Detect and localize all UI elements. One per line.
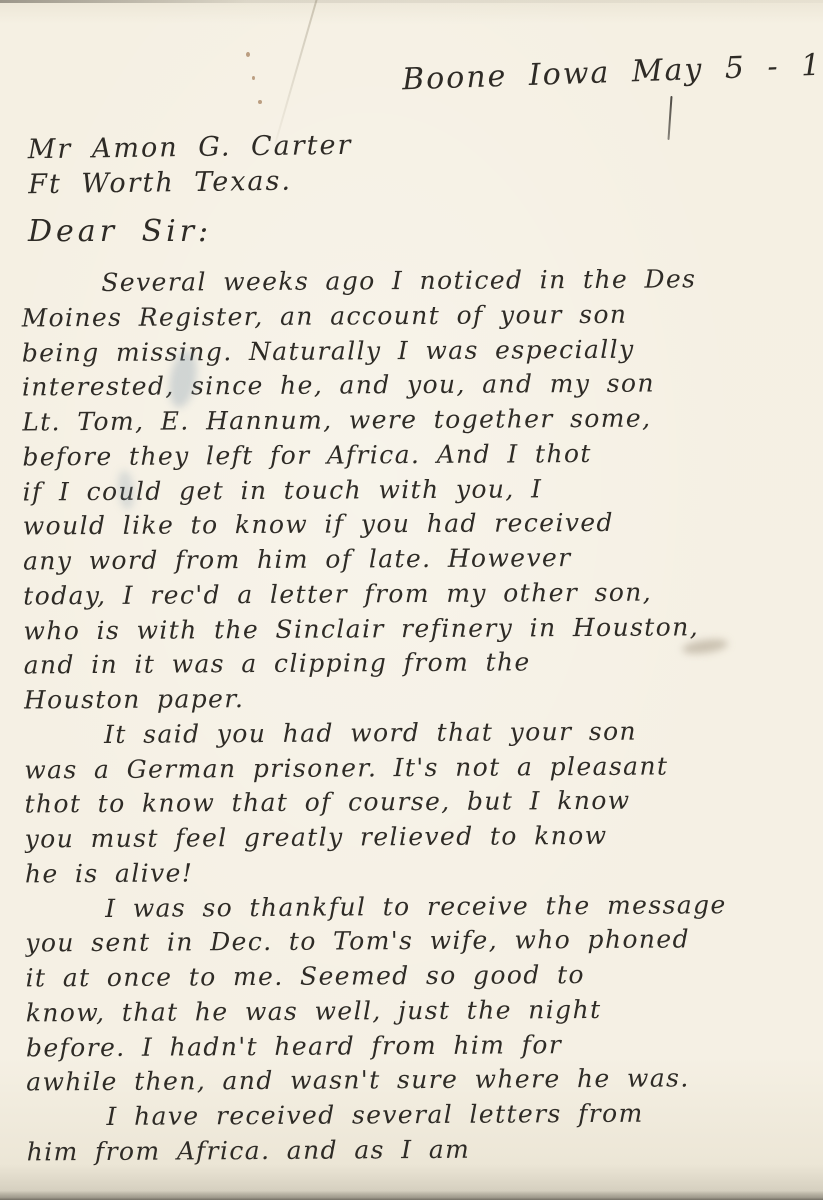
body-line: any word from him of late. However	[23, 542, 822, 582]
recipient-name: Mr Amon G. Carter	[28, 128, 353, 168]
paper-speck	[246, 52, 250, 57]
body-line: I have received several letters from	[26, 1098, 823, 1138]
body-line: he is alive!	[25, 854, 823, 894]
body-line: you must feel greatly relieved to know	[25, 820, 823, 860]
body-line: him from Africa. and as I am	[27, 1132, 823, 1172]
salutation: Dear Sir:	[28, 214, 212, 249]
body-line: if I could get in touch with you, I	[23, 472, 822, 512]
body-line: was a German prisoner. It's not a pleasa…	[24, 750, 823, 790]
scan-top-edge	[0, 0, 823, 3]
paper-crease	[274, 0, 320, 145]
paper-speck	[258, 100, 262, 104]
body-line: Lt. Tom, E. Hannum, were together some,	[22, 403, 821, 443]
scan-bottom-edge	[0, 1191, 823, 1200]
recipient-city: Ft Worth Texas.	[28, 163, 353, 203]
body-line: Houston paper.	[24, 681, 823, 721]
body-line: I was so thankful to receive the message	[25, 889, 823, 929]
dateline: Boone Iowa May 5 - 1943	[402, 46, 823, 98]
body-line: It said you had word that your son	[24, 715, 823, 755]
body-line: Moines Register, an account of your son	[21, 298, 820, 338]
recipient-address: Mr Amon G. Carter Ft Worth Texas.	[28, 128, 354, 203]
paper-speck	[252, 76, 255, 80]
body-line: interested, since he, and you, and my so…	[22, 368, 821, 408]
body-line: you sent in Dec. to Tom's wife, who phon…	[25, 924, 823, 964]
body-line: being missing. Naturally I was especiall…	[22, 333, 821, 373]
body-line: thot to know that of course, but I know	[24, 785, 823, 825]
body-line: know, that he was well, just the night	[26, 993, 823, 1033]
body-line: today, I rec'd a letter from my other so…	[23, 576, 822, 616]
body-line: before they left for Africa. And I thot	[22, 437, 821, 477]
body-line: Several weeks ago I noticed in the Des	[21, 264, 820, 304]
letter-body: Several weeks ago I noticed in the Des M…	[21, 264, 823, 1172]
body-line: awhile then, and wasn't sure where he wa…	[26, 1063, 823, 1103]
letter-page: Boone Iowa May 5 - 1943 Mr Amon G. Carte…	[0, 0, 823, 1200]
body-line: would like to know if you had received	[23, 507, 822, 547]
pen-flourish	[667, 96, 672, 140]
body-line: before. I hadn't heard from him for	[26, 1028, 823, 1068]
body-line: it at once to me. Seemed so good to	[25, 959, 823, 999]
